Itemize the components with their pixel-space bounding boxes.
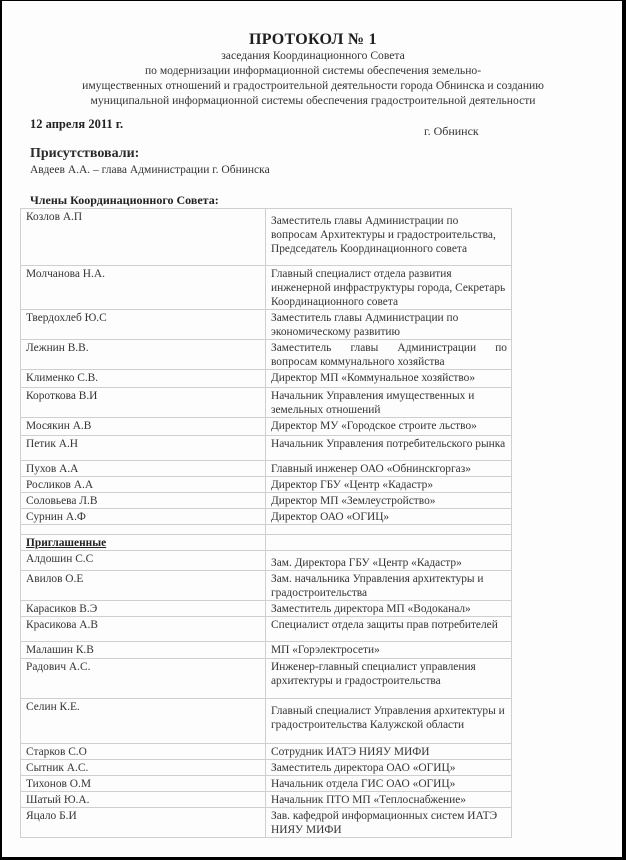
member-name: Козлов А.П (21, 209, 266, 266)
invited-name: Яцало Б.И (21, 808, 266, 838)
table-row-section: Приглашенные (21, 535, 512, 551)
invited-position: Сотрудник ИАТЭ НИЯУ МИФИ (266, 744, 512, 760)
invited-name: Селин К.Е. (21, 699, 266, 744)
invited-name: Шатый Ю.А. (21, 792, 266, 808)
table-row: Мосякин А.В Директор МУ «Городское строи… (21, 418, 512, 436)
member-name: Короткова В.И (21, 388, 266, 418)
empty-cell (21, 525, 266, 535)
invited-position: Главный специалист Управления архитектур… (266, 699, 512, 744)
table-row: Малашин К.В МП «Горэлектросети» (21, 642, 512, 659)
table-row: Пухов А.А Главный инженер ОАО «Обнинскго… (21, 461, 512, 477)
invited-name: Карасиков В.Э (21, 601, 266, 617)
empty-cell (266, 525, 512, 535)
member-name: Клименко С.В. (21, 370, 266, 388)
member-name: Мосякин А.В (21, 418, 266, 436)
table-row: Селин К.Е. Главный специалист Управления… (21, 699, 512, 744)
table-row: Авилов О.Е Зам. начальника Управления ар… (21, 571, 512, 601)
empty-cell (266, 535, 512, 551)
table-row: Старков С.О Сотрудник ИАТЭ НИЯУ МИФИ (21, 744, 512, 760)
invited-position: Начальник ПТО МП «Теплоснабжение» (266, 792, 512, 808)
subtitle-line: муниципальной информационной системы обе… (0, 93, 626, 108)
table-row: Твердохлеб Ю.С Заместитель главы Админис… (21, 310, 512, 340)
member-name: Лежнин В.В. (21, 340, 266, 370)
meeting-city: г. Обнинск (424, 124, 479, 139)
table-row: Лежнин В.В. Заместитель главы Администра… (21, 340, 512, 370)
member-name: Петик А.Н (21, 436, 266, 461)
member-position: Директор ГБУ «Центр «Кадастр» (266, 477, 512, 493)
attendees-table: Козлов А.П Заместитель главы Администрац… (20, 208, 512, 838)
invited-position: Инженер-главный специалист управления ар… (266, 659, 512, 699)
member-position: Директор МП «Землеустройство» (266, 493, 512, 509)
member-position: Начальник Управления имущественных и зем… (266, 388, 512, 418)
member-position: Заместитель главы Администрации по вопро… (266, 340, 512, 370)
member-name: Росликов А.А (21, 477, 266, 493)
member-position: Директор МУ «Городское строите льство» (266, 418, 512, 436)
invited-heading: Приглашенные (21, 535, 266, 551)
invited-name: Радович А.С. (21, 659, 266, 699)
member-name: Твердохлеб Ю.С (21, 310, 266, 340)
member-position: Главный инженер ОАО «Обнинскгоргаз» (266, 461, 512, 477)
table-row: Козлов А.П Заместитель главы Администрац… (21, 209, 512, 266)
table-row: Карасиков В.Э Заместитель директора МП «… (21, 601, 512, 617)
invited-name: Тихонов О.М (21, 776, 266, 792)
table-row: Клименко С.В. Директор МП «Коммунальное … (21, 370, 512, 388)
invited-name: Сытник А.С. (21, 760, 266, 776)
subtitle-line: по модернизации информационной системы о… (0, 63, 626, 78)
table-row: Сытник А.С. Заместитель директора ОАО «О… (21, 760, 512, 776)
member-position: Заместитель главы Администрации по эконо… (266, 310, 512, 340)
members-heading: Члены Координационного Совета: (30, 193, 219, 208)
invited-position: Зам. Директора ГБУ «Центр «Кадастр» (266, 551, 512, 571)
member-position: Заместитель главы Администрации по вопро… (266, 209, 512, 266)
member-position: Главный специалист отдела развития инжен… (266, 266, 512, 310)
subtitle-line: заседания Координационного Совета (0, 48, 626, 63)
table-row: Короткова В.И Начальник Управления имуще… (21, 388, 512, 418)
member-name: Соловьева Л.В (21, 493, 266, 509)
table-row: Росликов А.А Директор ГБУ «Центр «Кадаст… (21, 477, 512, 493)
invited-name: Алдошин С.С (21, 551, 266, 571)
member-position: Начальник Управления потребительского ры… (266, 436, 512, 461)
table-row: Красикова А.В Специалист отдела защиты п… (21, 617, 512, 642)
member-position: Директор МП «Коммунальное хозяйство» (266, 370, 512, 388)
table-row: Петик А.Н Начальник Управления потребите… (21, 436, 512, 461)
present-chair: Авдеев А.А. – глава Администрации г. Обн… (30, 164, 270, 176)
invited-position: МП «Горэлектросети» (266, 642, 512, 659)
invited-position: Специалист отдела защиты прав потребител… (266, 617, 512, 642)
invited-position: Зав. кафедрой информационных систем ИАТЭ… (266, 808, 512, 838)
member-position: Директор ОАО «ОГИЦ» (266, 509, 512, 525)
document-title: ПРОТОКОЛ № 1 (0, 31, 626, 49)
invited-position: Зам. начальника Управления архитектуры и… (266, 571, 512, 601)
invited-name: Красикова А.В (21, 617, 266, 642)
table-row: Радович А.С. Инженер-главный специалист … (21, 659, 512, 699)
invited-name: Авилов О.Е (21, 571, 266, 601)
invited-name: Малашин К.В (21, 642, 266, 659)
invited-position: Заместитель директора МП «Водоканал» (266, 601, 512, 617)
table-row: Сурнин А.Ф Директор ОАО «ОГИЦ» (21, 509, 512, 525)
table-row: Алдошин С.С Зам. Директора ГБУ «Центр «К… (21, 551, 512, 571)
member-name: Молчанова Н.А. (21, 266, 266, 310)
meeting-date: 12 апреля 2011 г. (30, 117, 123, 132)
member-name: Пухов А.А (21, 461, 266, 477)
table-row: Шатый Ю.А. Начальник ПТО МП «Теплоснабже… (21, 792, 512, 808)
invited-name: Старков С.О (21, 744, 266, 760)
subtitle-line: имущественных отношений и градостроитель… (0, 78, 626, 93)
present-heading: Присутствовали: (30, 146, 139, 162)
table-row: Соловьева Л.В Директор МП «Землеустройст… (21, 493, 512, 509)
invited-position: Заместитель директора ОАО «ОГИЦ» (266, 760, 512, 776)
table-row-empty (21, 525, 512, 535)
invited-position: Начальник отдела ГИС ОАО «ОГИЦ» (266, 776, 512, 792)
table-row: Тихонов О.М Начальник отдела ГИС ОАО «ОГ… (21, 776, 512, 792)
member-name: Сурнин А.Ф (21, 509, 266, 525)
table-row: Яцало Б.И Зав. кафедрой информационных с… (21, 808, 512, 838)
table-row: Молчанова Н.А. Главный специалист отдела… (21, 266, 512, 310)
